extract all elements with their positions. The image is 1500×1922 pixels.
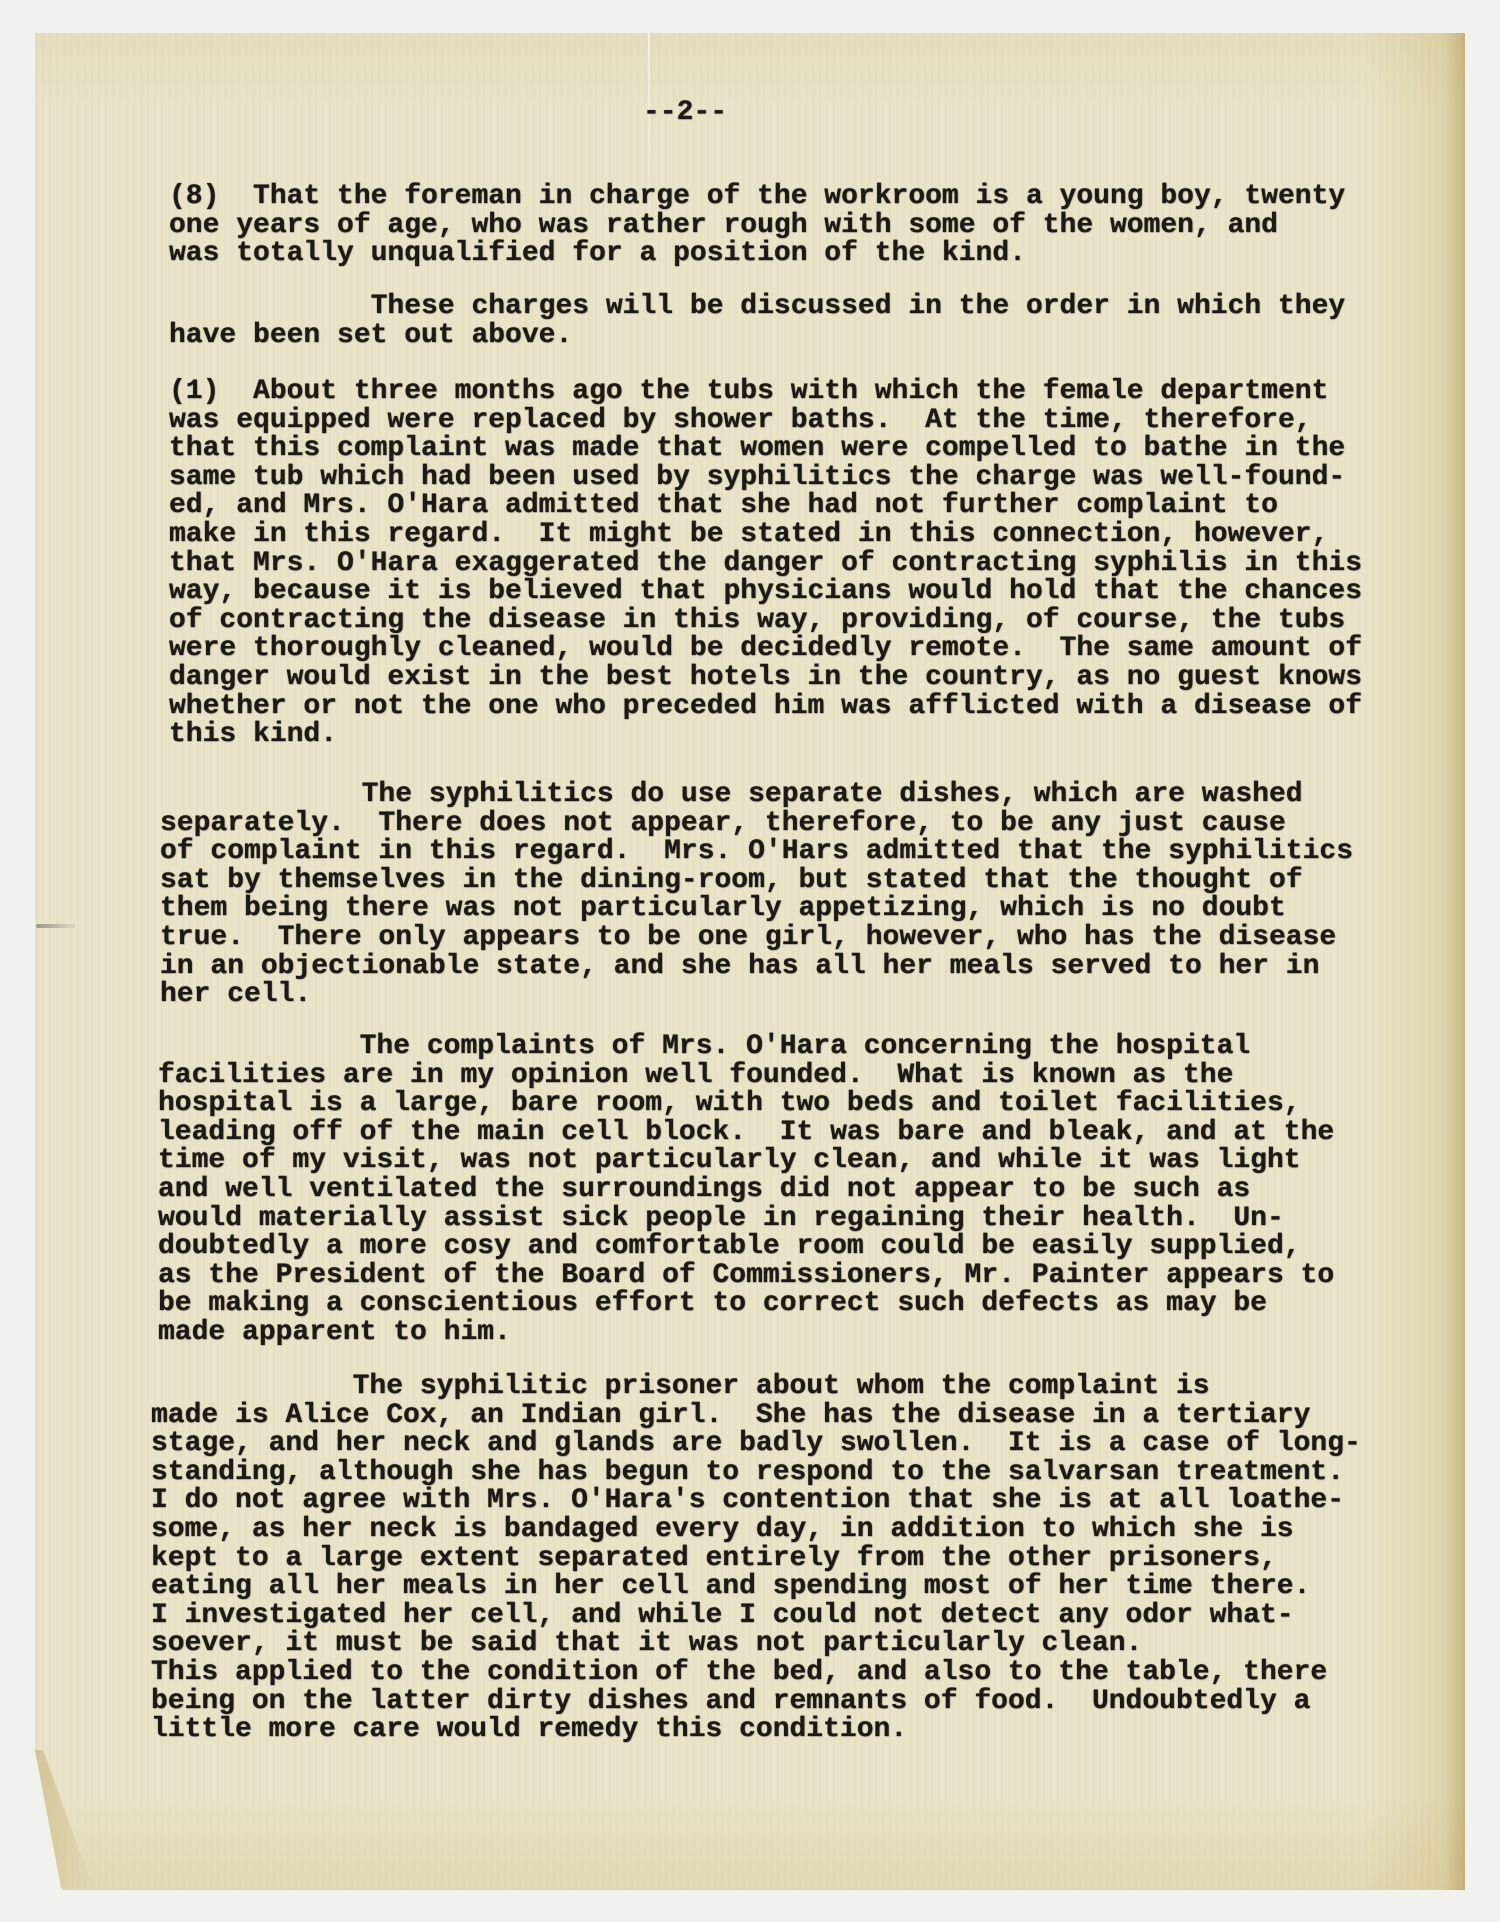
- ink-smudge: [36, 924, 76, 928]
- paragraph-syphilitic-prisoner: The syphilitic prisoner about whom the c…: [151, 1373, 1361, 1745]
- page-number: --2--: [643, 99, 727, 128]
- paragraph-separate-dishes: The syphilitics do use separate dishes, …: [160, 781, 1353, 1010]
- paragraph-hospital-facilities: The complaints of Mrs. O'Hara concerning…: [158, 1033, 1334, 1348]
- paragraph-intro-discussion: These charges will be discussed in the o…: [169, 293, 1345, 350]
- paragraph-charge-1-tubs: (1) About three months ago the tubs with…: [169, 378, 1362, 750]
- paragraph-charge-8: (8) That the foreman in charge of the wo…: [169, 183, 1345, 269]
